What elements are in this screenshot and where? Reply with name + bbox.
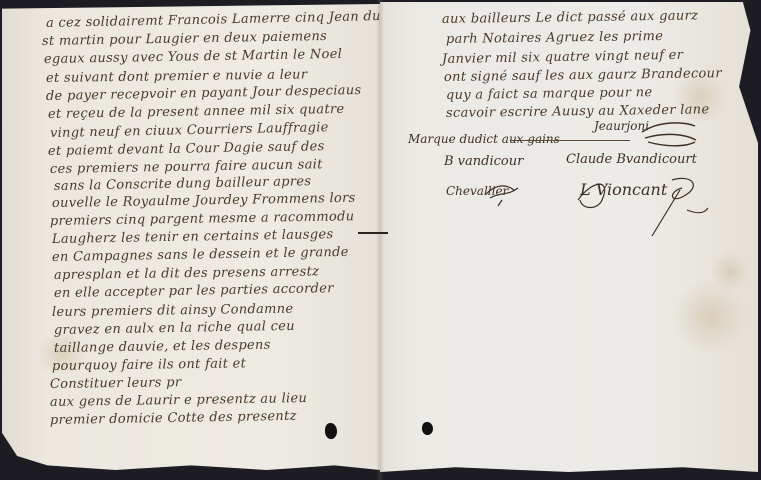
manuscript-line: vingt neuf en ciuux Courriers Lauffragie (50, 120, 329, 142)
signature: Claude Bvandicourt (566, 152, 697, 167)
paper-stain (710, 252, 750, 292)
paper-stain (670, 282, 750, 352)
manuscript-line: et paiemt devant la Cour Dagie sauf des (48, 139, 325, 160)
paper-hole (325, 423, 337, 439)
document-spread: a cez solidairemt Francois Lamerre cinq … (0, 0, 761, 480)
manuscript-line: taillange dauvie, et les despens (54, 338, 271, 357)
manuscript-line: Janvier mil six quatre vingt neuf er (442, 48, 684, 68)
manuscript-line: premier domicie Cotte des presentz (50, 409, 297, 429)
manuscript-line: gravez en aulx en la riche qual ceu (54, 319, 295, 339)
manuscript-line: en elle accepter par les parties accorde… (54, 281, 334, 302)
manuscript-line: egaux aussy avec Yous de st Martin le No… (44, 47, 342, 68)
ink-mark (358, 232, 388, 234)
signature-mark-line: Marque dudict aux gains (408, 132, 560, 146)
signature: Jeaurjoni (594, 119, 649, 133)
manuscript-line: parh Notaires Agruez les prime (446, 29, 663, 48)
right-page: aux bailleurs Le dict passé aux gaurz pa… (380, 2, 758, 472)
manuscript-line: leurs premiers dit ainsy Condamne (52, 302, 294, 321)
manuscript-line: Constituer leurs pr (50, 375, 182, 393)
manuscript-line: en Campagnes sans le dessein et le grand… (52, 245, 349, 266)
underline-stroke (510, 140, 630, 141)
manuscript-line: pourquoy faire ils ont fait et (52, 356, 246, 375)
manuscript-line: apresplan et la dit des presens arrestz (54, 264, 319, 284)
signature: B vandicour (444, 154, 523, 169)
manuscript-line: quy a faict sa marque pour ne (446, 85, 653, 104)
manuscript-line: scavoir escrire Auusy au Xaxeder lane (446, 102, 710, 122)
manuscript-line: aux gens de Laurir e presentz au lieu (50, 391, 307, 411)
signature: Chevallier (446, 184, 508, 198)
manuscript-line: a cez solidairemt Francois Lamerre cinq … (46, 9, 380, 32)
manuscript-line: aux bailleurs Le dict passé aux gaurz (442, 8, 698, 28)
paper-hole (422, 422, 433, 435)
book-gutter (376, 0, 384, 480)
signature: L Vioncant (580, 180, 667, 199)
left-page: a cez solidairemt Francois Lamerre cinq … (2, 4, 380, 470)
